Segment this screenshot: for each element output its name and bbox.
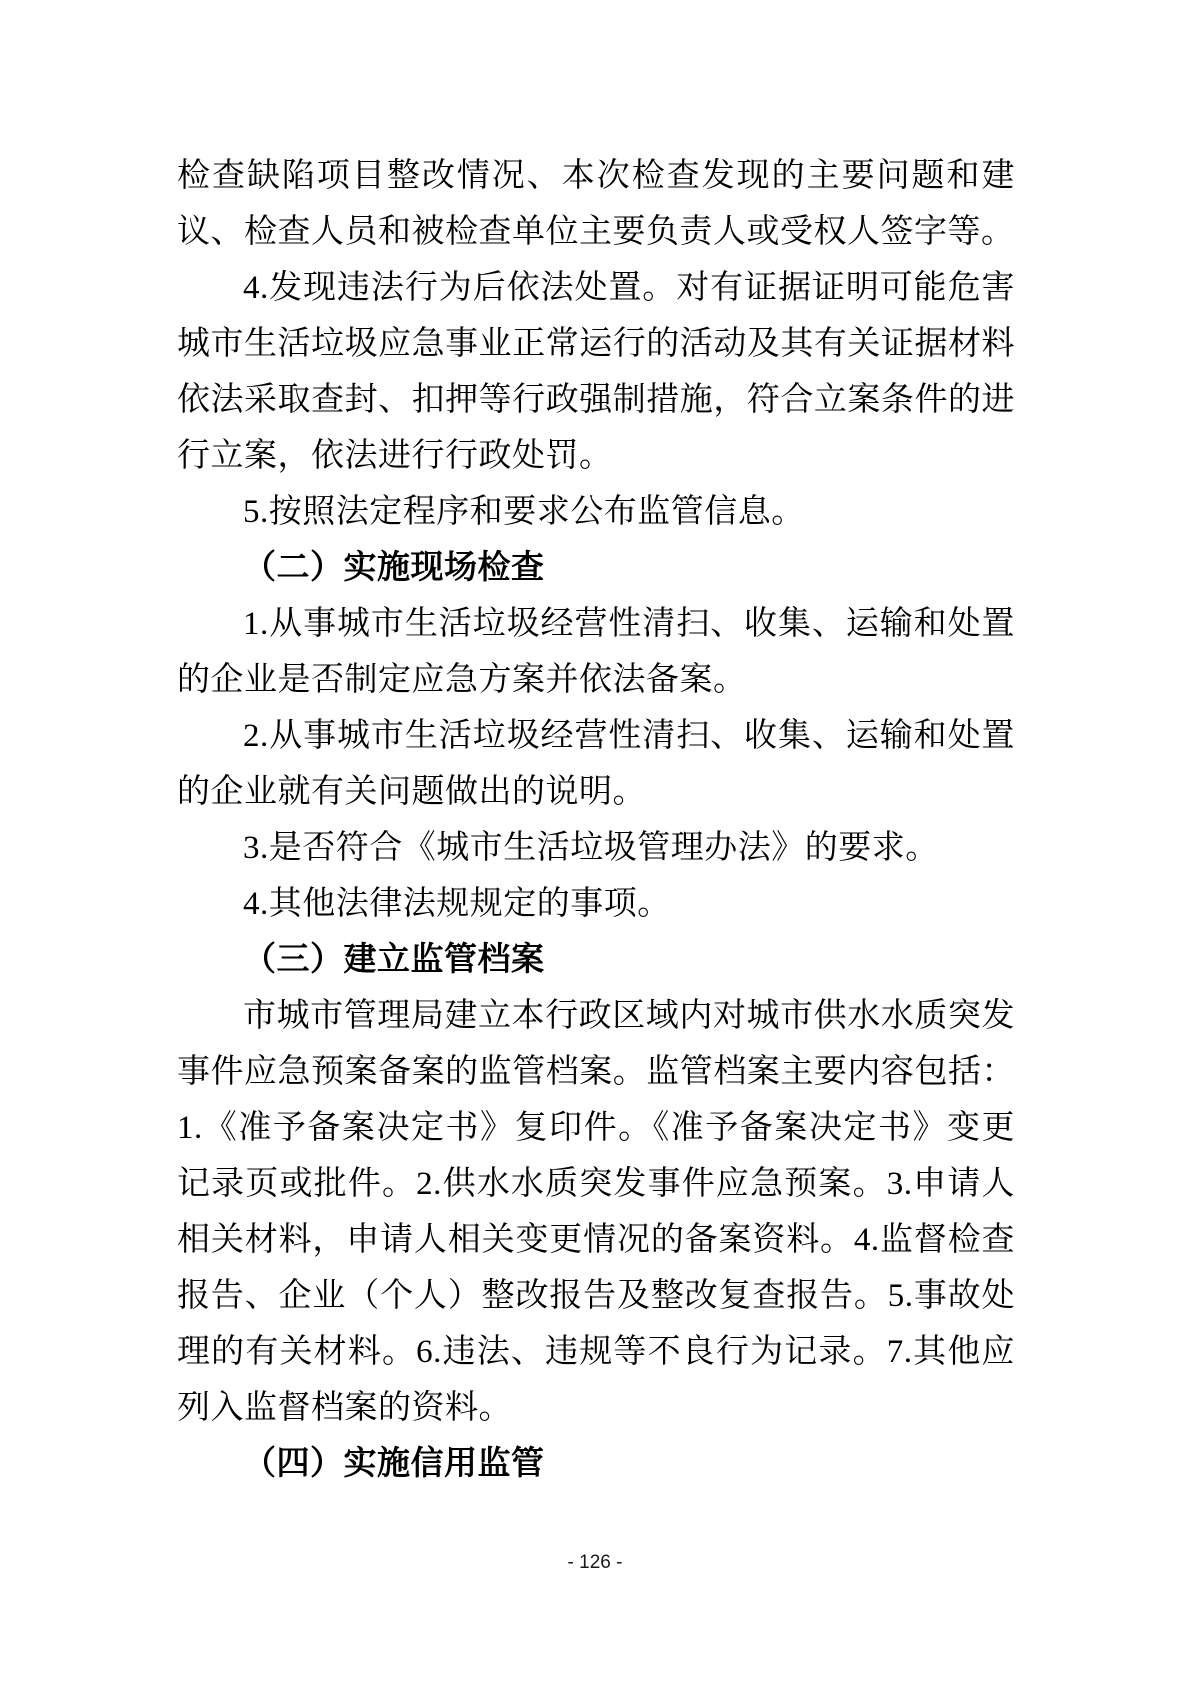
- body-paragraph: 2.从事城市生活垃圾经营性清扫、收集、运输和处置的企业就有关问题做出的说明。: [177, 708, 1015, 820]
- body-paragraph: 4.发现违法行为后依法处置。对有证据证明可能危害城市生活垃圾应急事业正常运行的活…: [177, 260, 1015, 484]
- body-paragraph: 5.按照法定程序和要求公布监管信息。: [177, 484, 1015, 540]
- body-paragraph: 市城市管理局建立本行政区域内对城市供水水质突发事件应急预案备案的监管档案。监管档…: [177, 988, 1015, 1436]
- document-body: 检查缺陷项目整改情况、本次检查发现的主要问题和建议、检查人员和被检查单位主要负责…: [177, 148, 1015, 1492]
- body-paragraph: 3.是否符合《城市生活垃圾管理办法》的要求。: [177, 820, 1015, 876]
- document-page: 检查缺陷项目整改情况、本次检查发现的主要问题和建议、检查人员和被检查单位主要负责…: [0, 0, 1190, 1683]
- body-paragraph: 1.从事城市生活垃圾经营性清扫、收集、运输和处置的企业是否制定应急方案并依法备案…: [177, 596, 1015, 708]
- section-heading: （二）实施现场检查: [177, 540, 1015, 596]
- section-heading: （四）实施信用监管: [177, 1436, 1015, 1492]
- page-number: - 126 -: [0, 1552, 1190, 1574]
- section-heading: （三）建立监管档案: [177, 932, 1015, 988]
- body-paragraph: 4.其他法律法规规定的事项。: [177, 876, 1015, 932]
- body-paragraph: 检查缺陷项目整改情况、本次检查发现的主要问题和建议、检查人员和被检查单位主要负责…: [177, 148, 1015, 260]
